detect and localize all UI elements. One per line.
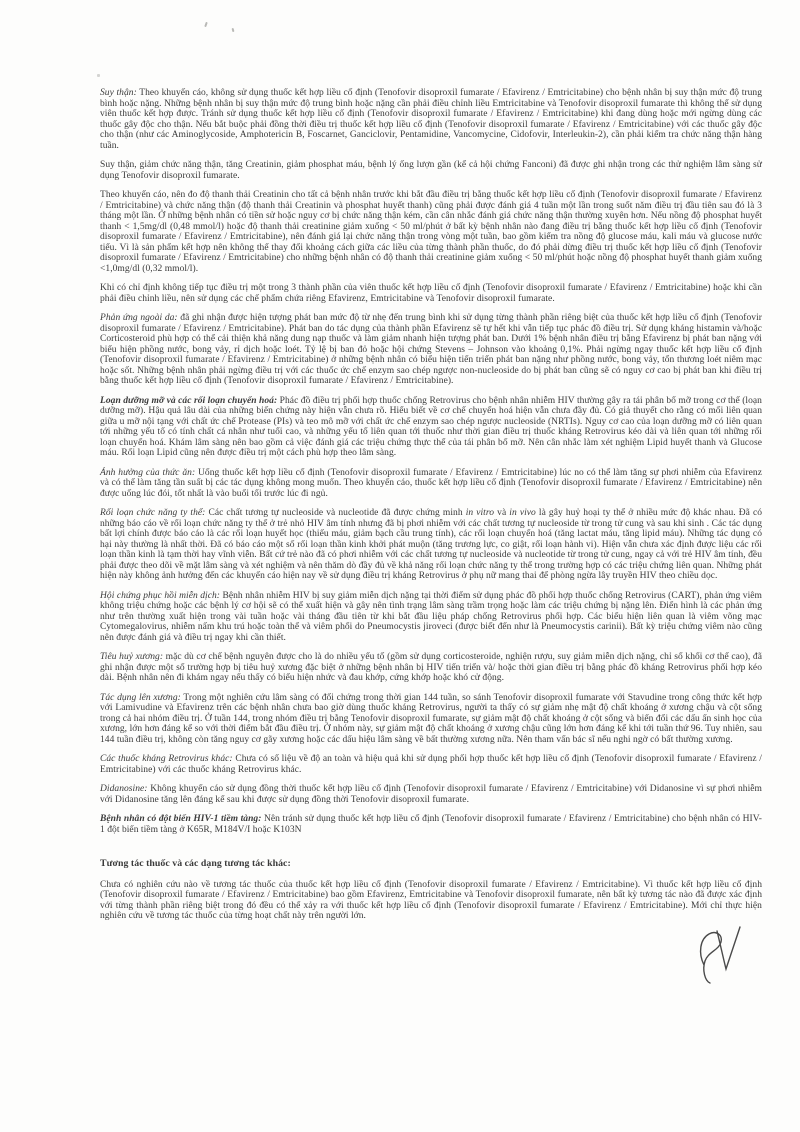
paragraph-text: là gây huỷ hoại ty thể ở nhiều mức độ kh… [100,508,762,581]
latin-term: in vivo [509,508,536,518]
paragraph-label: Bệnh nhân có đột biến HIV-1 tiềm tàng: [100,814,261,824]
paragraph-text: Uống thuốc kết hợp liều cố định (Tenofov… [100,468,762,499]
paragraph-renal-findings: Suy thận, giảm chức năng thận, tăng Crea… [100,160,762,181]
paragraph-creatinine-monitoring: Theo khuyến cáo, nên đo độ thanh thải Cr… [100,190,762,274]
paragraph-immune-reconstitution: Hội chứng phục hồi miễn dịch: Bệnh nhân … [100,591,762,644]
latin-term: in vitro [466,508,494,518]
paragraph-lipodystrophy: Loạn dưỡng mỡ và các rối loạn chuyển hoá… [100,396,762,459]
paragraph-label: Tác dụng lên xương: [100,693,181,703]
paragraph-text: Suy thận, giảm chức năng thận, tăng Crea… [100,160,762,181]
paragraph-component-discontinuation: Khi có chỉ định không tiếp tục điều trị … [100,283,762,304]
document-page: Suy thận: Theo khuyến cáo, không sử dụng… [0,0,800,1132]
scan-speck [97,74,100,77]
paragraph-food-effect: Ảnh hưởng của thức ăn: Uống thuốc kết hợ… [100,468,762,500]
paragraph-other-antiretrovirals: Các thuốc kháng Retrovirus khác: Chưa có… [100,754,762,775]
signature-mark [690,925,748,993]
paragraph-hiv1-mutation: Bệnh nhân có đột biến HIV-1 tiềm tàng: N… [100,814,762,835]
paragraph-text: Trong một nghiên cứu lâm sàng có đối chứ… [100,693,762,745]
paragraph-text: mặc dù cơ chế bệnh nguyên được cho là do… [100,652,762,683]
paragraph-text: Không khuyến cáo sử dụng đồng thời thuốc… [100,784,762,805]
document-body: Suy thận: Theo khuyến cáo, không sử dụng… [100,88,762,931]
paragraph-mitochondrial-dysfunction: Rối loạn chức năng ty thể: Các chất tươn… [100,508,762,582]
paragraph-didanosine: Didanosine: Không khuyến cáo sử dụng đồn… [100,784,762,805]
paragraph-label: Phản ứng ngoài da: [100,313,178,323]
paragraph-label: Suy thận: [100,88,137,98]
paragraph-renal-impairment: Suy thận: Theo khuyến cáo, không sử dụng… [100,88,762,151]
paragraph-label: Loạn dưỡng mỡ và các rối loạn chuyển hoá… [100,396,277,406]
paragraph-text: Các chất tương tự nucleoside và nucleoti… [208,508,462,518]
paragraph-label: Ảnh hưởng của thức ăn: [100,468,195,478]
paragraph-label: Các thuốc kháng Retrovirus khác: [100,754,233,764]
scan-speck [232,28,235,32]
paragraph-label: Didanosine: [100,784,148,794]
scan-speck [204,22,208,27]
paragraph-text: Theo khuyến cáo, không sử dụng thuốc kết… [100,88,762,151]
paragraph-text: Chưa có nghiên cứu nào về tương tác thuố… [100,880,762,922]
paragraph-label: Hội chứng phục hồi miễn dịch: [100,591,220,601]
paragraph-text: Khi có chỉ định không tiếp tục điều trị … [100,283,762,304]
paragraph-label: Rối loạn chức năng ty thể: [100,508,205,518]
paragraph-drug-interactions: Chưa có nghiên cứu nào về tương tác thuố… [100,880,762,922]
paragraph-text: đã ghi nhận được hiện tượng phát ban mức… [100,313,762,386]
paragraph-text: Theo khuyến cáo, nên đo độ thanh thải Cr… [100,190,762,274]
paragraph-label: Tiêu huỷ xương: [100,652,163,662]
section-heading-drug-interactions: Tương tác thuốc và các dạng tương tác kh… [100,859,762,870]
paragraph-skin-reactions: Phản ứng ngoài da: đã ghi nhận được hiện… [100,313,762,387]
paragraph-bone-effects: Tác dụng lên xương: Trong một nghiên cứu… [100,693,762,746]
paragraph-text: và [497,508,506,518]
paragraph-osteonecrosis: Tiêu huỷ xương: mặc dù cơ chế bệnh nguyê… [100,652,762,684]
